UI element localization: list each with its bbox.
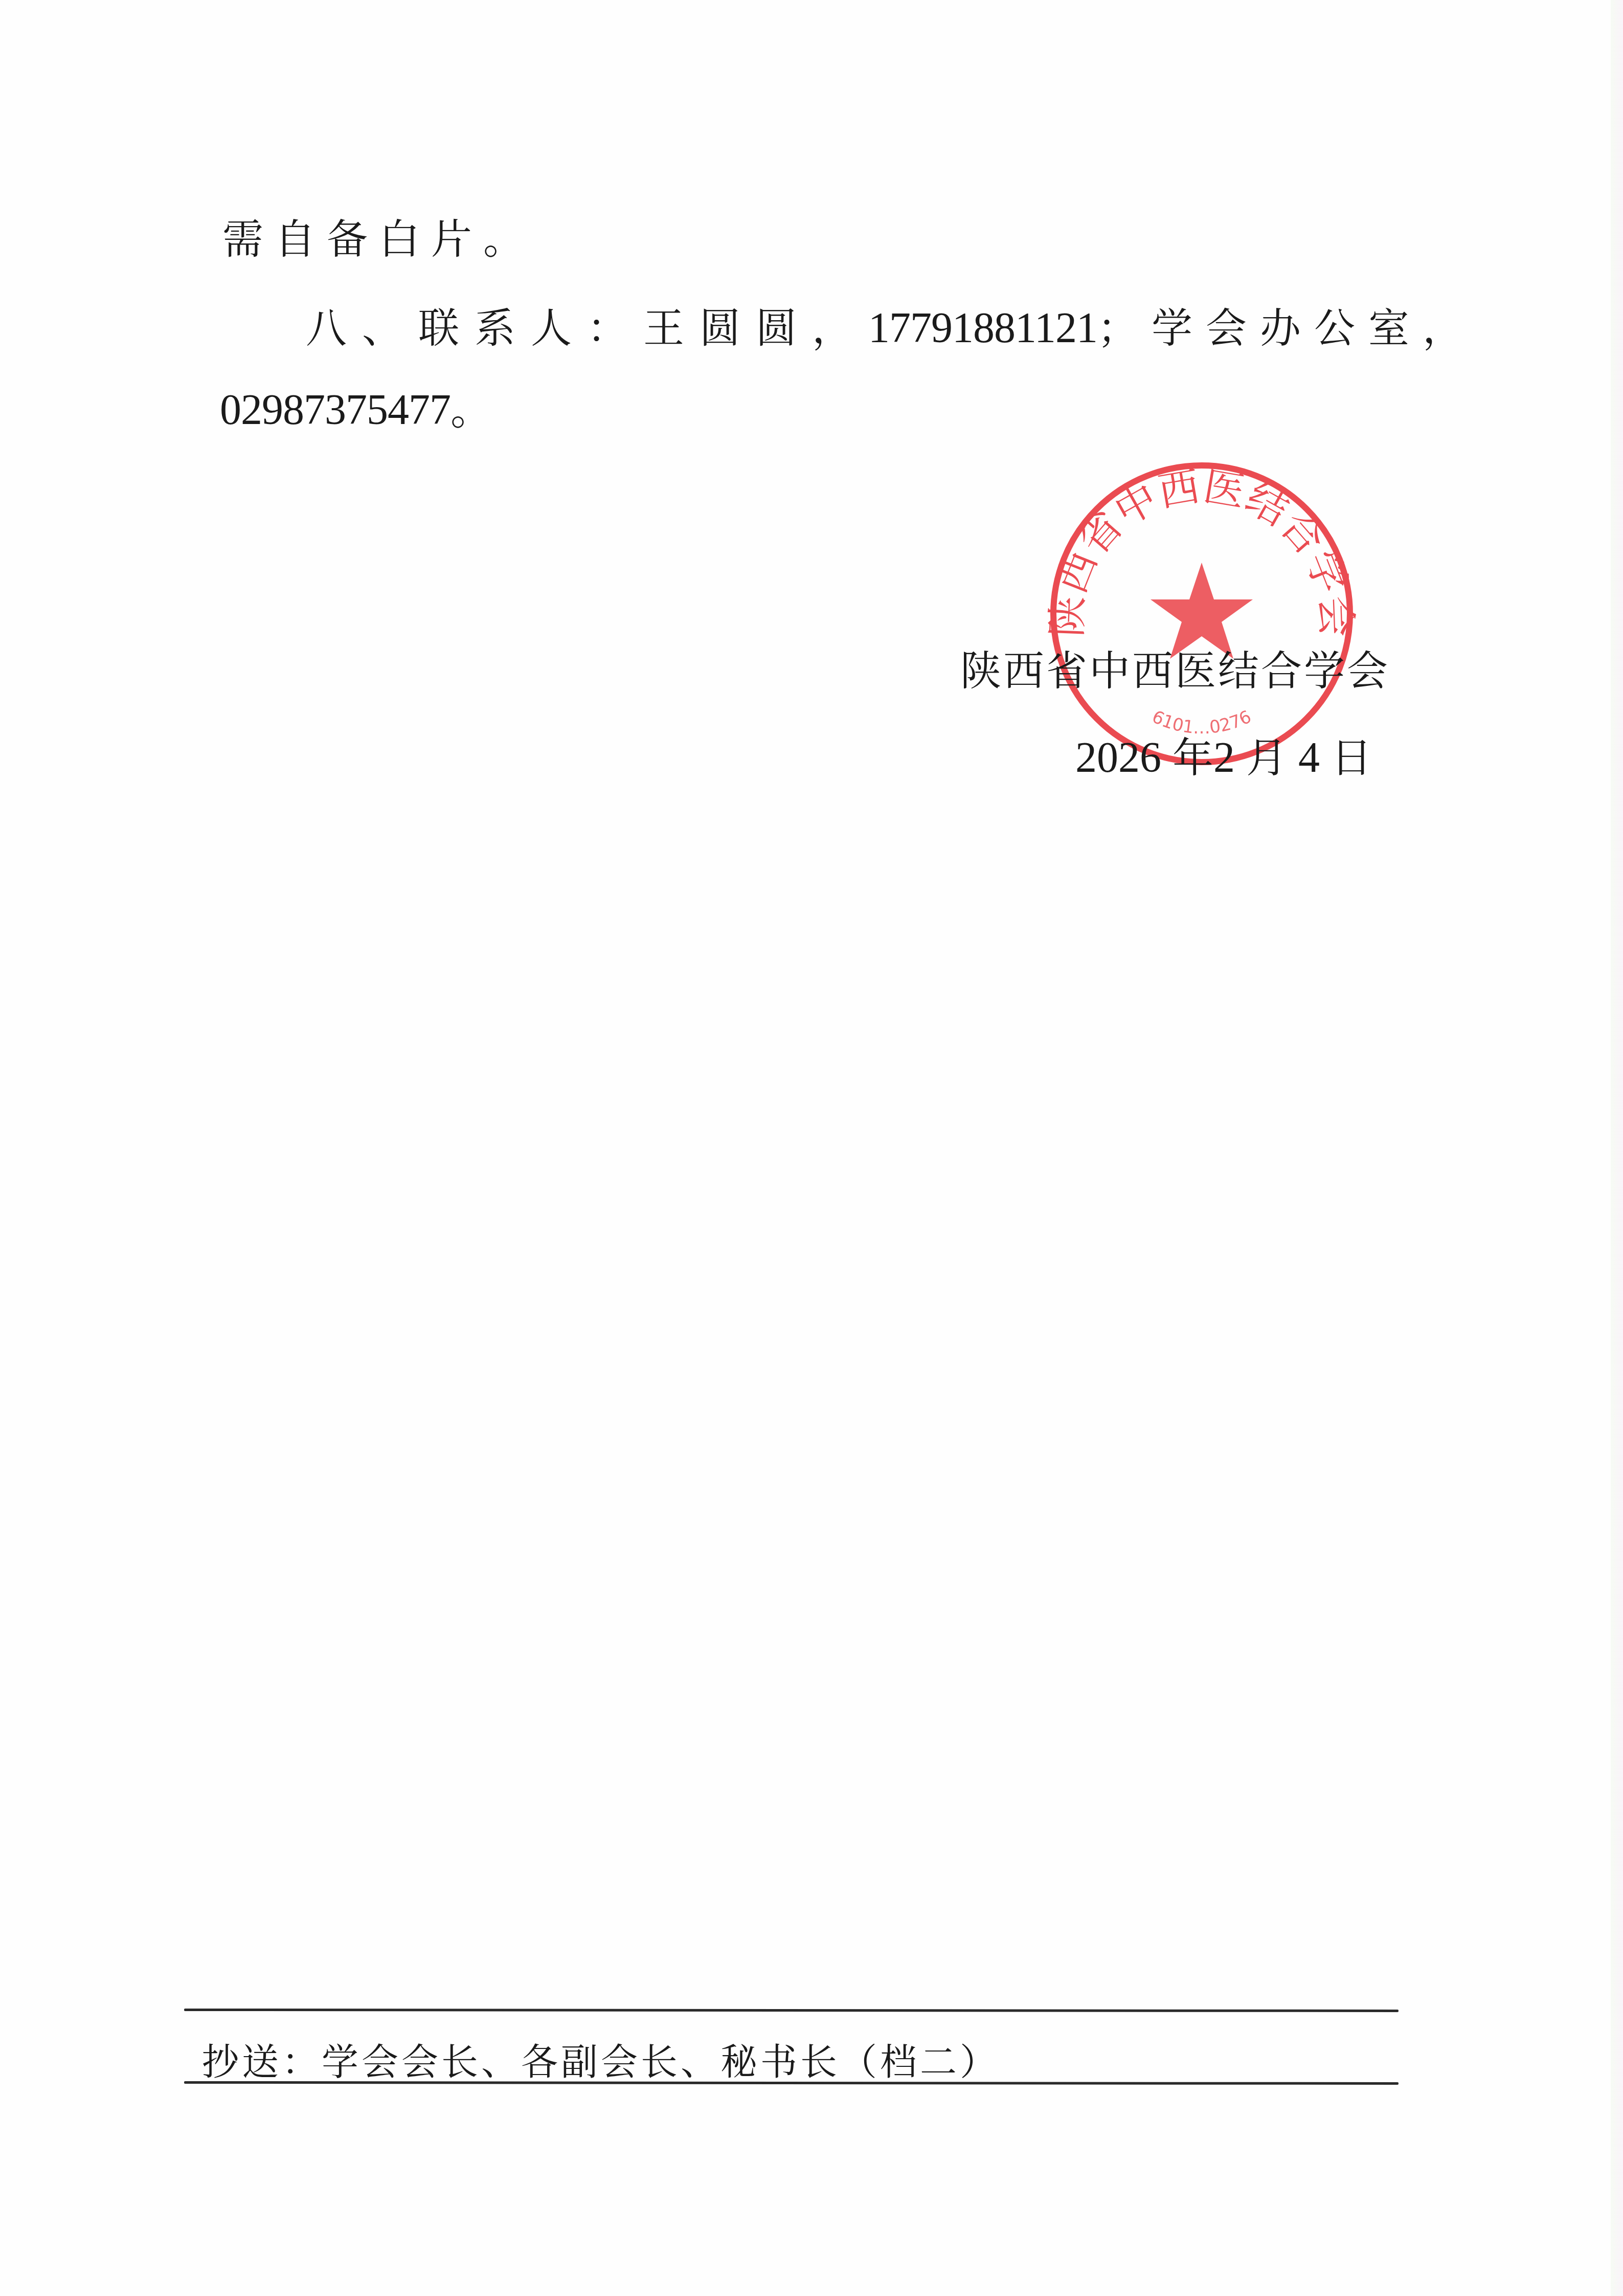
contact-separator: ； <box>1097 304 1152 352</box>
cc-bottom-rule <box>184 2081 1399 2085</box>
seal-text: 陕西省中西医结合学会 <box>1043 462 1360 638</box>
signature-organization: 陕西省中西医结合学会 <box>960 651 1390 692</box>
date-month-unit: 月 <box>1246 734 1287 782</box>
seal-code: 6101…0276 <box>1149 706 1255 738</box>
office-phone-line: 02987375477。 <box>220 389 491 432</box>
document-page: 需自备白片。 八、联系人：王圆圆，17791881121；学会办公室， 0298… <box>0 0 1623 2296</box>
contact-paragraph: 八、联系人：王圆圆，17791881121；学会办公室， <box>306 307 1477 350</box>
star-icon <box>1151 563 1253 659</box>
date-year: 2026 <box>1075 734 1161 782</box>
period: 。 <box>450 386 491 434</box>
cc-distribution: 抄送：学会会长、各副会长、秘书长（档二） <box>202 2043 1000 2080</box>
date-day-unit: 日 <box>1331 734 1372 782</box>
scan-edge <box>1611 0 1623 2296</box>
contact-label: 八、联系人： <box>306 304 643 352</box>
office-phone: 02987375477 <box>220 386 450 434</box>
paragraph-continuation: 需自备白片。 <box>222 219 535 260</box>
date-month: 2 <box>1213 734 1235 782</box>
contact-name: 王圆圆， <box>643 304 868 352</box>
date-day: 4 <box>1298 734 1320 782</box>
date-year-unit: 年 <box>1173 734 1213 782</box>
official-seal: 陕西省中西医结合学会 6101…0276 <box>1043 455 1360 772</box>
cc-top-rule <box>184 2009 1399 2012</box>
contact-phone: 17791881121 <box>868 304 1097 352</box>
contact-office: 学会办公室， <box>1152 304 1477 352</box>
signature-date: 2026年2月4日 <box>1075 737 1372 779</box>
